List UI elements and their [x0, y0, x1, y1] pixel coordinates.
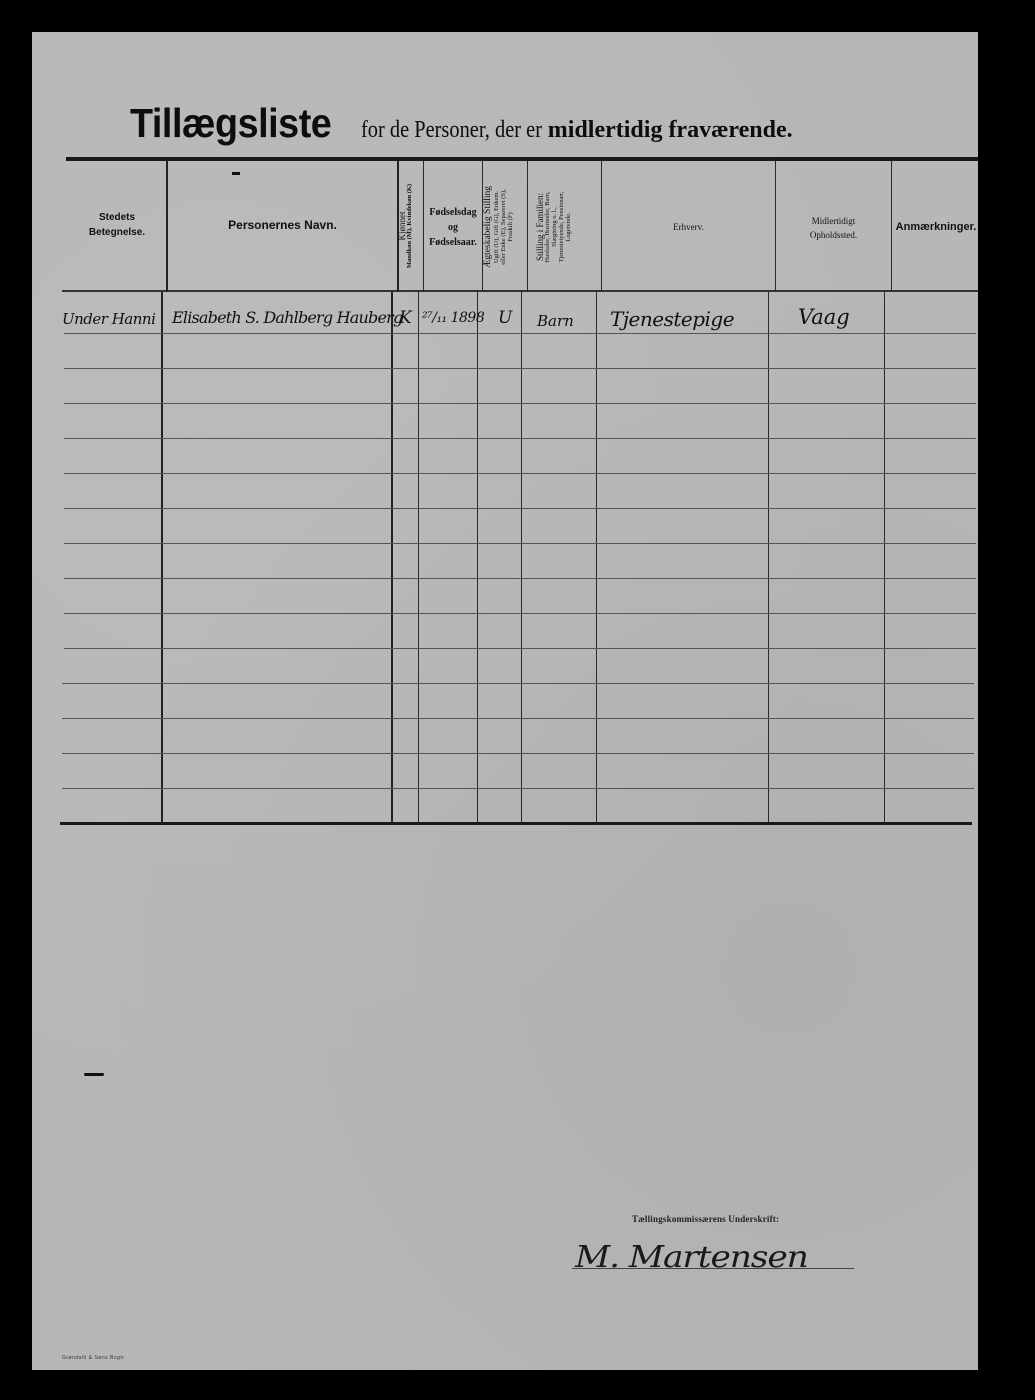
cell-erhverv: Tjenestepige: [610, 307, 734, 331]
header-personernes-navn: Personernes Navn.: [168, 210, 397, 240]
stray-ink-mark: [84, 1073, 104, 1076]
col-divider-2b: [391, 292, 393, 822]
cell-fodselsdag: ²⁷/₁₁ 1898: [422, 310, 484, 326]
cell-kjonnet: K: [399, 308, 412, 328]
row-line-1: [64, 333, 976, 334]
row-line-9: [64, 613, 976, 614]
header-anmaerkninger-label: Anmærkninger.: [896, 221, 977, 233]
header-fodselsdag: Fødselsdag og Fødselsaar.: [424, 195, 482, 260]
row-line-14: [62, 788, 974, 789]
header-fam-line5: Logerende.: [566, 168, 573, 286]
signature-label: Tællingskommissærens Underskrift:: [632, 1214, 779, 1224]
header-stedets-betegnelse: Stedets Betegnelse.: [68, 200, 166, 250]
header-aegteskabelig-stilling: Ægteskabelig Stilling Ugift (U), Gift (G…: [484, 165, 526, 289]
row-line-4: [64, 438, 976, 439]
row-line-7: [64, 543, 976, 544]
col-divider-1b: [161, 292, 163, 822]
col-divider-4b: [477, 292, 478, 822]
header-stedets-line1: Stedets: [99, 210, 135, 225]
header-kjonnet-line2: Mandkøn (M), Kvindekøn (K): [407, 166, 414, 286]
row-line-10: [64, 648, 976, 649]
header-aegt-line4: Fraskilt (F): [508, 165, 515, 289]
header-dash-mark: [232, 172, 240, 175]
header-ophold-line1: Midlertidigt: [812, 214, 856, 228]
signature-handwritten: M. Martensen: [575, 1240, 808, 1275]
col-divider-8b: [884, 292, 885, 822]
title-subtitle-part2: midlertidig fraværende.: [548, 117, 793, 143]
header-stilling-i-familien: Stilling i Familien: Husfader, Husmoder,…: [536, 168, 590, 286]
signature-line: [572, 1268, 854, 1269]
cell-opholdssted: Vaag: [798, 305, 850, 329]
header-erhverv-label: Erhverv.: [673, 222, 704, 232]
row-line-11: [62, 683, 974, 684]
col-divider-5: [527, 161, 528, 292]
row-line-13: [62, 753, 974, 754]
row-line-3: [64, 403, 976, 404]
header-bottom-border: [62, 290, 978, 292]
header-kjonnet: Kjønnet Mandkøn (M), Kvindekøn (K): [398, 166, 422, 286]
row-line-8: [64, 578, 976, 579]
header-fodsel-line2: og: [448, 220, 458, 235]
cell-aegteskabelig-stilling: U: [498, 308, 512, 328]
title-main: Tillægsliste: [130, 100, 331, 147]
row-line-6: [64, 508, 976, 509]
col-divider-5b: [521, 292, 522, 822]
title-subtitle-part1: for de Personer, der er: [361, 117, 542, 144]
cell-stilling-i-familien: Barn: [537, 312, 574, 330]
header-ophold-line2: Opholdssted.: [810, 228, 857, 242]
table-top-border: [66, 157, 978, 161]
printer-imprint: Grøndahl & Søns Bogtr.: [62, 1355, 126, 1361]
header-fodsel-line1: Fødselsdag: [429, 205, 476, 220]
col-divider-6b: [596, 292, 597, 822]
table-bottom-border: [60, 822, 972, 825]
col-divider-7b: [768, 292, 769, 822]
header-erhverv: Erhverv.: [602, 215, 775, 239]
form-title: Tillægsliste for de Personer, der er mid…: [130, 100, 793, 147]
cell-stedets-betegnelse: Under Hanni: [62, 310, 155, 328]
header-anmaerkninger: Anmærkninger.: [892, 212, 980, 242]
row-line-2: [64, 368, 976, 369]
row-line-12: [62, 718, 974, 719]
header-stedets-line2: Betegnelse.: [89, 225, 145, 240]
col-divider-3b: [418, 292, 419, 822]
row-line-5: [64, 473, 976, 474]
header-navn-label: Personernes Navn.: [228, 218, 337, 232]
header-midlertidigt-opholdssted: Midlertidigt Opholdssted.: [776, 208, 891, 248]
cell-personernes-navn: Elisabeth S. Dahlberg Hauberg: [172, 308, 402, 327]
header-fodsel-line3: Fødselsaar.: [429, 235, 477, 250]
